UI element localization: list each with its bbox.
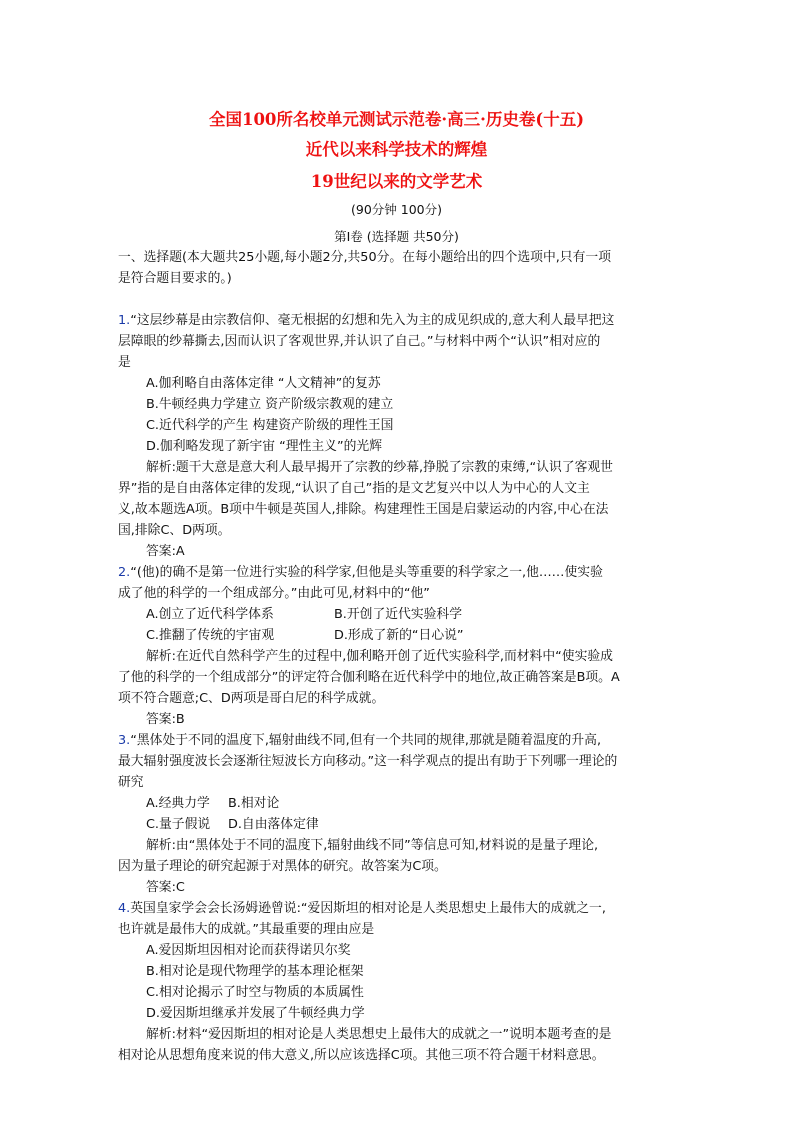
option-d: D.自由落体定律 xyxy=(228,814,319,835)
analysis-line: 因为量子理论的研究起源于对黑体的研究。故答案为C项。 xyxy=(118,856,688,877)
question-stem-line: “这层纱幕是由宗教信仰、毫无根据的幻想和先入为主的成见织成的,意大利人最早把这 xyxy=(130,313,614,328)
section-intro: 一、选择题(本大题共25小题,每小题2分,共50分。在每小题给出的四个选项中,只… xyxy=(118,247,688,289)
analysis-line: 解析:题干大意是意大利人最早揭开了宗教的纱幕,挣脱了宗教的束缚,“认识了客观世 xyxy=(118,457,688,478)
question-list: 1.“这层纱幕是由宗教信仰、毫无根据的幻想和先入为主的成见织成的,意大利人最早把… xyxy=(118,310,688,1066)
unit-title-science: 近代以来科学技术的辉煌 xyxy=(0,136,793,160)
question-stem-line: 最大辐射强度波长会逐渐往短波长方向移动。”这一科学观点的提出有助于下列哪一理论的 xyxy=(118,751,688,772)
option-d: D.伽利略发现了新宇宙 “理性主义”的光辉 xyxy=(118,436,688,457)
question-number: 1. xyxy=(118,313,130,328)
analysis-line: 界”指的是自由落体定律的发现,“认识了自己”指的是文艺复兴中以人为中心的人文主 xyxy=(118,478,688,499)
question-stem-line: 成了他的科学的一个组成部分。”由此可见,材料中的“他” xyxy=(118,583,688,604)
time-score-info: (90分钟 100分) xyxy=(0,200,793,218)
document-page: 全国100所名校单元测试示范卷·高三·历史卷(十五) 近代以来科学技术的辉煌 1… xyxy=(0,0,793,1122)
analysis-line: 义,故本题选A项。B项中牛顿是英国人,排除。构建理性王国是启蒙运动的内容,中心在… xyxy=(118,499,688,520)
analysis-line: 解析:由“黑体处于不同的温度下,辐射曲线不同”等信息可知,材料说的是量子理论, xyxy=(118,835,688,856)
unit-title-literature: 19世纪以来的文学艺术 xyxy=(0,168,793,192)
question-number: 2. xyxy=(118,565,130,580)
question-stem-line: “(他)的确不是第一位进行实验的科学家,但他是头等重要的科学家之一,他……使实验 xyxy=(130,565,603,580)
question-stem-line: 层障眼的纱幕撕去,因而认识了客观世界,并认识了自己。”与材料中两个“认识”相对应… xyxy=(118,331,688,352)
option-b: B.相对论是现代物理学的基本理论框架 xyxy=(118,961,688,982)
option-c: C.量子假说 xyxy=(146,814,228,835)
answer: 答案:A xyxy=(118,541,688,562)
option-b: B.相对论 xyxy=(228,793,279,814)
question-3: 3.“黑体处于不同的温度下,辐射曲线不同,但有一个共同的规律,那就是随着温度的升… xyxy=(118,730,688,898)
analysis-line: 相对论从思想角度来说的伟大意义,所以应该选择C项。其他三项不符合题干材料意思。 xyxy=(118,1045,688,1066)
option-a: A.创立了近代科学体系 xyxy=(146,604,334,625)
answer: 答案:B xyxy=(118,709,688,730)
analysis-line: 解析:材料“爱因斯坦的相对论是人类思想史上最伟大的成就之一”说明本题考查的是 xyxy=(118,1024,688,1045)
analysis-line: 了他的科学的一个组成部分”的评定符合伽利略在近代科学中的地位,故正确答案是B项。… xyxy=(118,667,688,688)
question-4: 4.英国皇家学会会长汤姆逊曾说:“爱因斯坦的相对论是人类思想史上最伟大的成就之一… xyxy=(118,898,688,1066)
options-row: A.创立了近代科学体系 B.开创了近代实验科学 xyxy=(118,604,688,625)
options-row: C.量子假说 D.自由落体定律 xyxy=(118,814,688,835)
option-c: C.近代科学的产生 构建资产阶级的理性王国 xyxy=(118,415,688,436)
option-b: B.开创了近代实验科学 xyxy=(334,604,462,625)
question-number: 3. xyxy=(118,733,130,748)
question-stem-line: 也许就是最伟大的成就。”其最重要的理由应是 xyxy=(118,919,688,940)
analysis-line: 国,排除C、D两项。 xyxy=(118,520,688,541)
option-a: A.爱因斯坦因相对论而获得诺贝尔奖 xyxy=(118,940,688,961)
option-c: C.推翻了传统的宇宙观 xyxy=(146,625,334,646)
options-row: C.推翻了传统的宇宙观 D.形成了新的“日心说” xyxy=(118,625,688,646)
question-1: 1.“这层纱幕是由宗教信仰、毫无根据的幻想和先入为主的成见织成的,意大利人最早把… xyxy=(118,310,688,562)
option-a: A.经典力学 xyxy=(146,793,228,814)
question-number: 4. xyxy=(118,901,130,916)
option-d: D.爱因斯坦继承并发展了牛顿经典力学 xyxy=(118,1003,688,1024)
analysis-line: 解析:在近代自然科学产生的过程中,伽利略开创了近代实验科学,而材料中“使实验成 xyxy=(118,646,688,667)
question-stem-line: “黑体处于不同的温度下,辐射曲线不同,但有一个共同的规律,那就是随着温度的升高, xyxy=(130,733,601,748)
options-row: A.经典力学 B.相对论 xyxy=(118,793,688,814)
question-stem-line: 英国皇家学会会长汤姆逊曾说:“爱因斯坦的相对论是人类思想史上最伟大的成就之一, xyxy=(130,901,606,916)
intro-line: 是符合题目要求的。) xyxy=(118,268,688,289)
part-label: 第Ⅰ卷 (选择题 共50分) xyxy=(0,227,793,245)
answer: 答案:C xyxy=(118,877,688,898)
option-b: B.牛顿经典力学建立 资产阶级宗教观的建立 xyxy=(118,394,688,415)
analysis-line: 项不符合题意;C、D两项是哥白尼的科学成就。 xyxy=(118,688,688,709)
exam-title: 全国100所名校单元测试示范卷·高三·历史卷(十五) xyxy=(0,106,793,130)
option-a: A.伽利略自由落体定律 “人文精神”的复苏 xyxy=(118,373,688,394)
intro-line: 一、选择题(本大题共25小题,每小题2分,共50分。在每小题给出的四个选项中,只… xyxy=(118,247,688,268)
question-stem-line: 是 xyxy=(118,352,688,373)
question-2: 2.“(他)的确不是第一位进行实验的科学家,但他是头等重要的科学家之一,他……使… xyxy=(118,562,688,730)
option-c: C.相对论揭示了时空与物质的本质属性 xyxy=(118,982,688,1003)
option-d: D.形成了新的“日心说” xyxy=(334,625,464,646)
question-stem-line: 研究 xyxy=(118,772,688,793)
